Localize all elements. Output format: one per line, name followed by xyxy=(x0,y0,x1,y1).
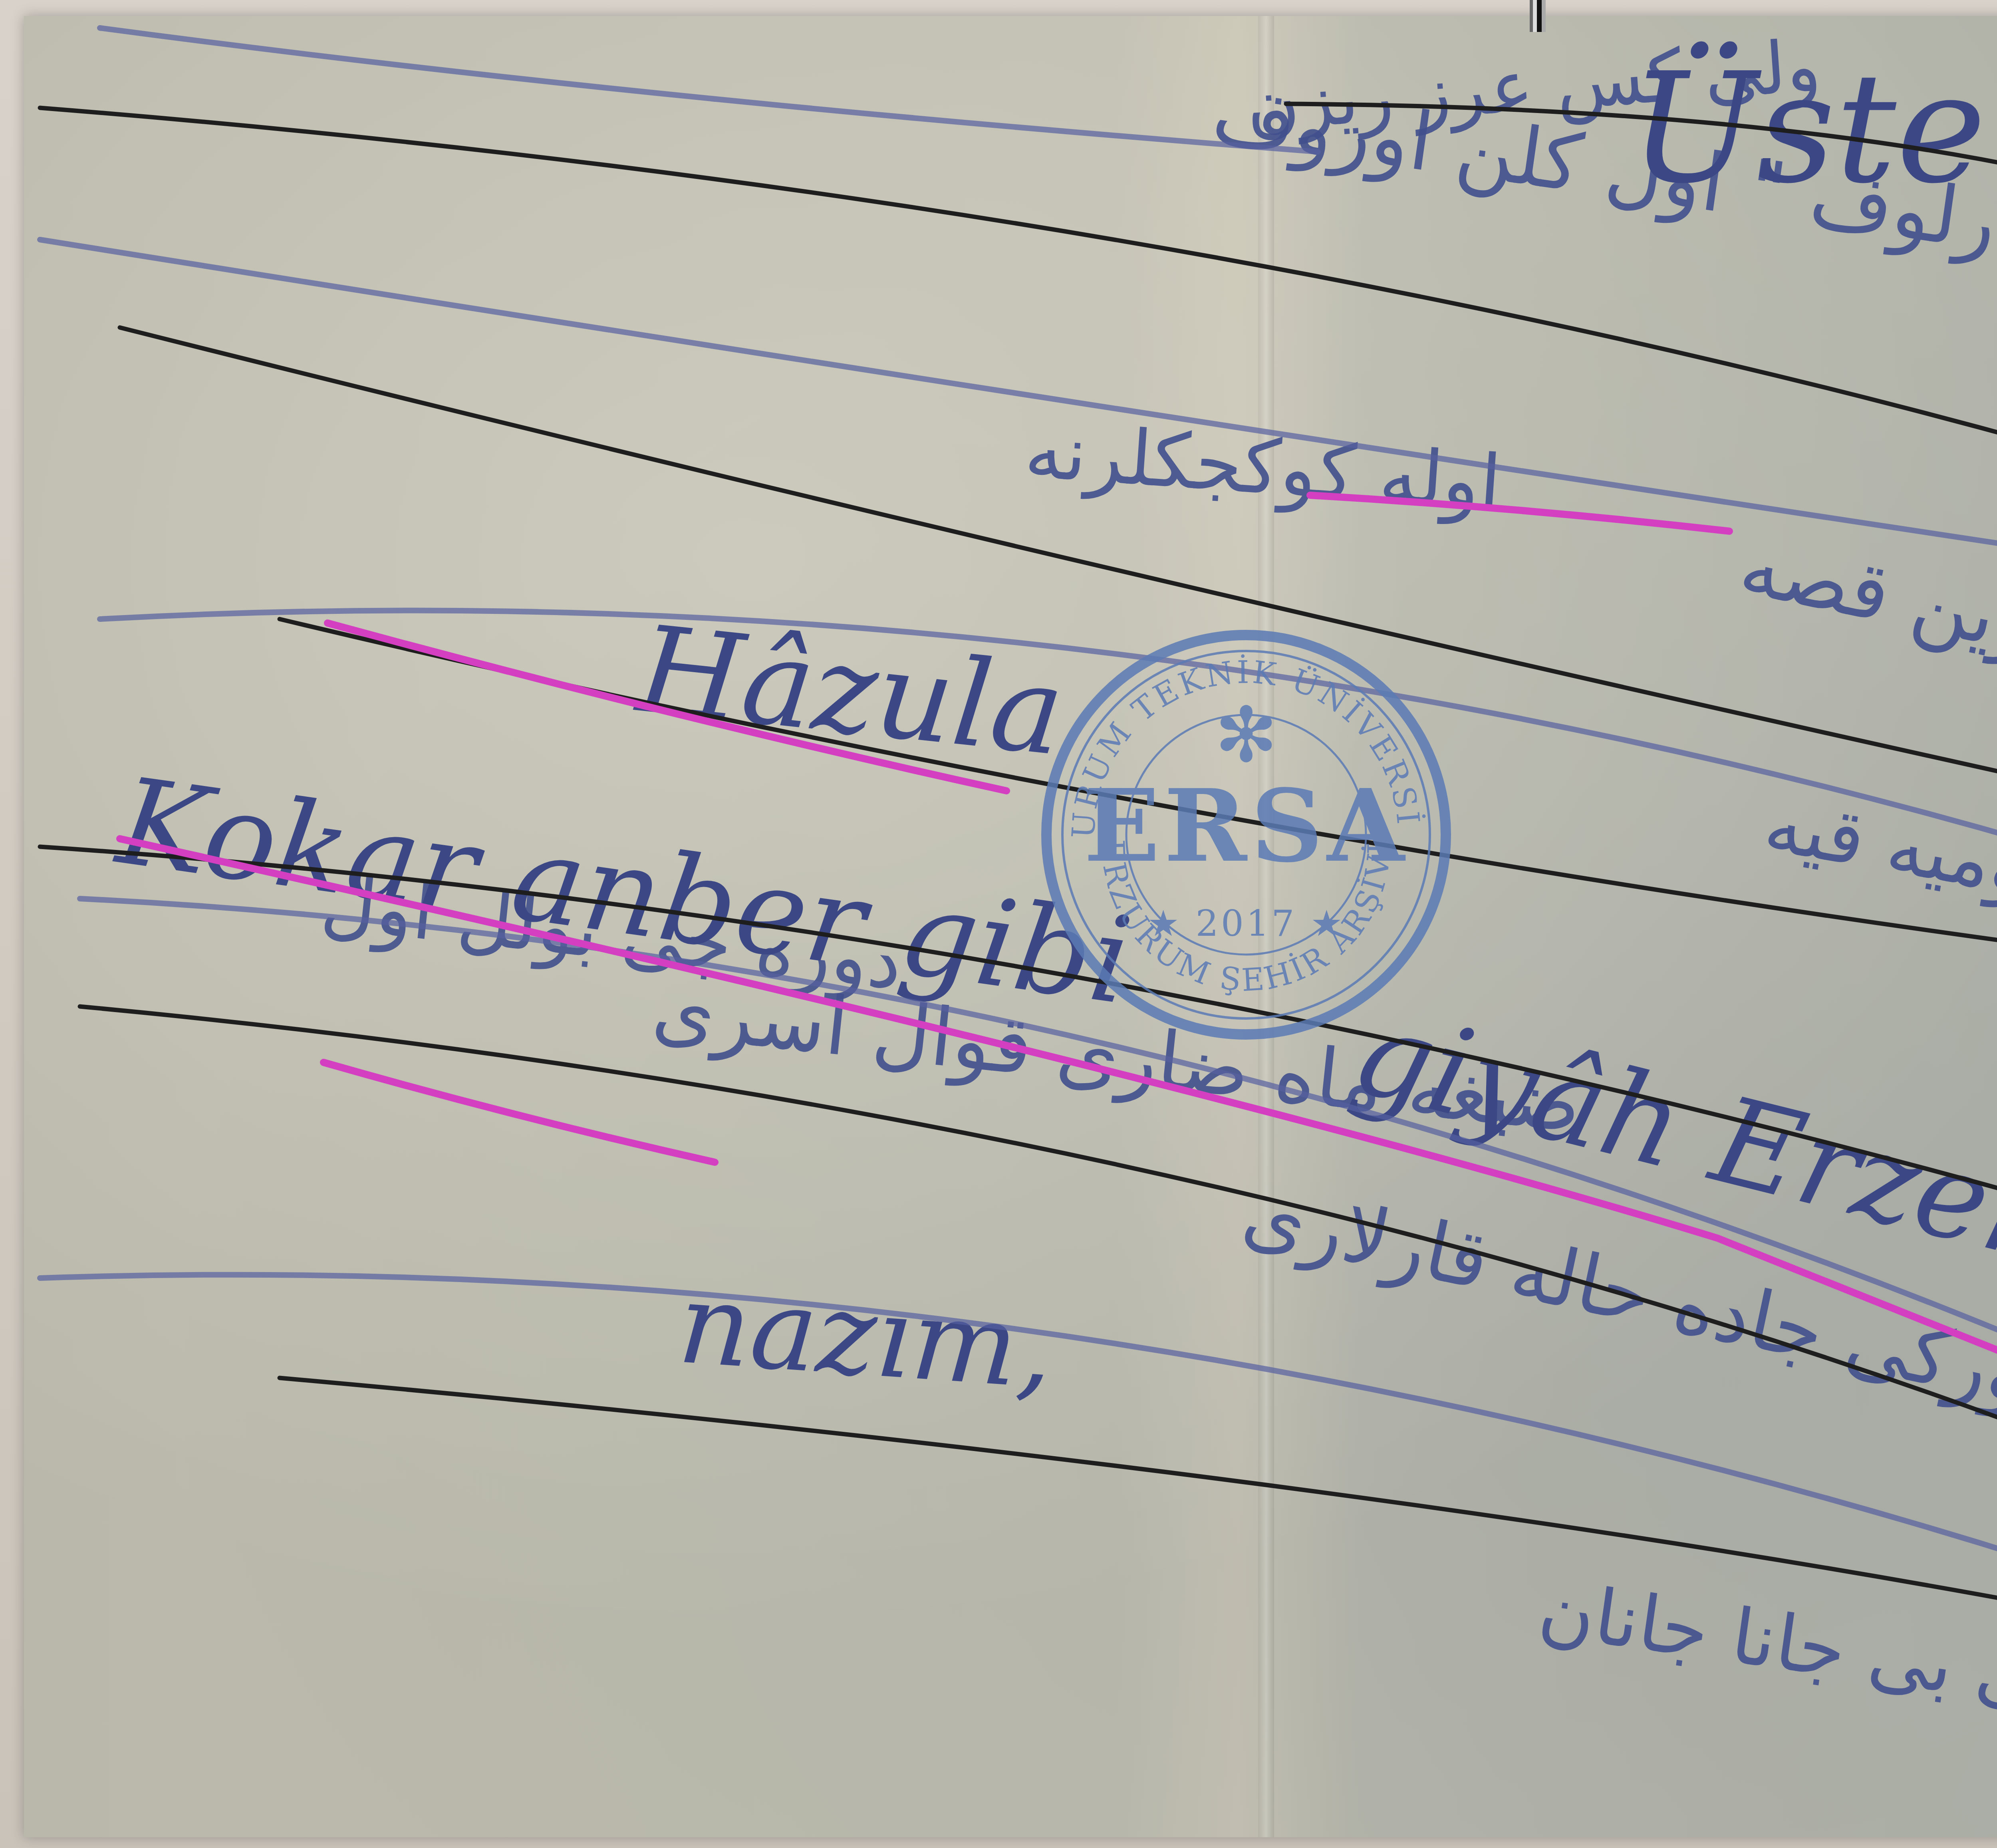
blue-strike-5 xyxy=(40,1275,1997,1677)
stamp-title: ERSA xyxy=(1034,767,1458,884)
black-strike-6 xyxy=(80,1006,1997,1502)
blue-strike-1 xyxy=(100,28,1318,152)
archive-stamp: ERZURUM TEKNİK ÜNİVERSİTESİ ERZURUM ŞEHİ… xyxy=(1034,623,1458,1046)
black-strike-5 xyxy=(40,847,1997,1274)
stamp-snowflake-icon: ✻ xyxy=(1034,691,1458,779)
black-strike-7 xyxy=(280,1378,1997,1630)
black-strike-1 xyxy=(40,108,1997,471)
magenta-highlight-1 xyxy=(1310,495,1729,531)
black-strike-2 xyxy=(1286,104,1997,232)
strike-and-highlight-layer xyxy=(0,0,1997,1848)
stamp-year: ★ 2017 ★ xyxy=(1034,903,1458,945)
